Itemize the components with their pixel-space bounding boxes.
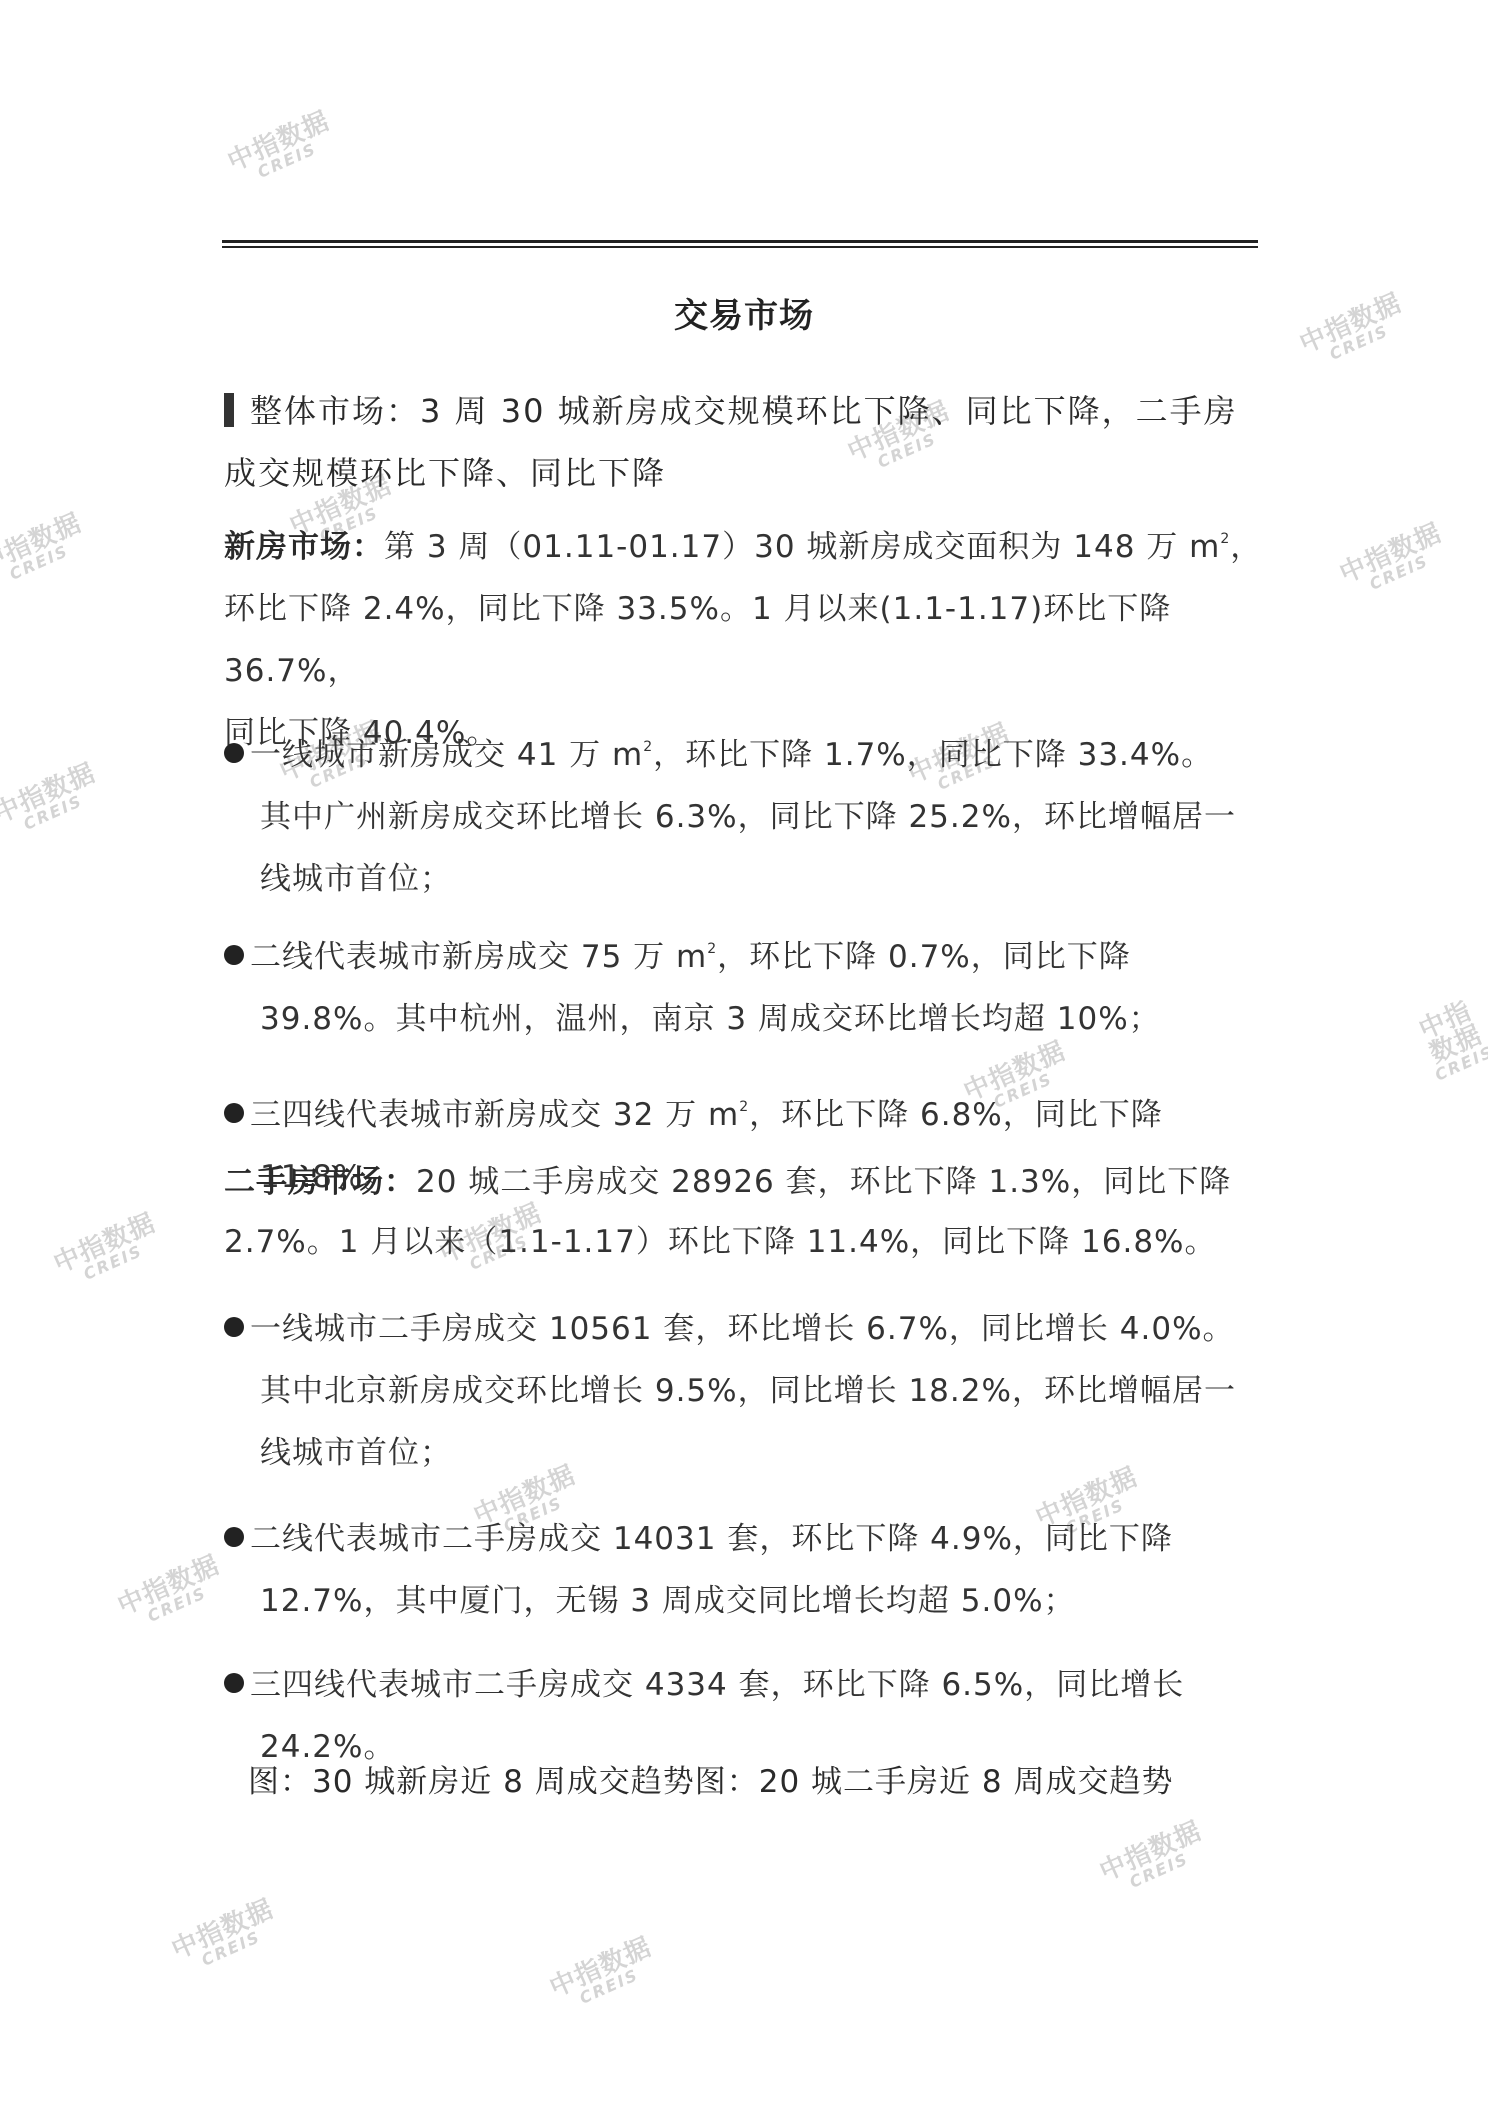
watermark-cn: 中指数据 [50,1210,159,1278]
bullet-text: 一线城市新房成交 41 万 m [250,737,643,773]
bullet-dot-icon [224,743,244,763]
second-hand-label: 二手房市场： [224,1164,416,1200]
overall-heading-line2: 成交规模环比下降、同比下降 [224,454,666,492]
watermark-en: CREIS [1107,1842,1212,1901]
watermark-en: CREIS [0,534,92,593]
header-rule-thin [222,246,1258,248]
watermark: 中指数据CREIS [0,760,106,842]
watermark-en: CREIS [1,784,106,843]
bullet-text: 一线城市二手房成交 10561 套，环比增长 6.7%，同比增长 4.0%。其中… [250,1311,1236,1471]
figure-caption: 图：30 城新房近 8 周成交趋势图：20 城二手房近 8 周成交趋势 [248,1752,1268,1812]
watermark-cn: 中指数据 [114,1552,223,1620]
watermark-en: CREIS [557,1958,662,2017]
superscript: 2 [707,941,717,957]
watermark-cn: 中指数据 [168,1896,277,1964]
bullet-text: 三四线代表城市新房成交 32 万 m [250,1097,739,1133]
watermark-cn: 中指数据 [1336,520,1445,588]
page-title: 交易市场 [0,288,1488,337]
second-hand-bullet-tier2: 二线代表城市二手房成交 14031 套，环比下降 4.9%，同比下降 12.7%… [224,1508,1264,1632]
watermark-en: CREIS [125,1576,230,1635]
watermark: 中指数据CREIS [1409,995,1488,1085]
new-house-line1-tail: ， [1230,529,1262,565]
second-hand-bullet-tier1: 一线城市二手房成交 10561 套，环比增长 6.7%，同比增长 4.0%。其中… [224,1298,1264,1484]
superscript: 2 [643,739,653,755]
watermark-cn: 中指数据 [224,108,333,176]
bullet-dot-icon [224,1673,244,1693]
watermark: 中指数据CREIS [0,510,92,592]
watermark-cn: 中指数据 [0,510,85,578]
superscript: 2 [739,1099,749,1115]
watermark-en: CREIS [1430,1043,1488,1085]
watermark: 中指数据CREIS [50,1210,166,1292]
watermark: 中指数据CREIS [168,1896,284,1978]
watermark-cn: 中指数据 [1096,1818,1205,1886]
watermark: 中指数据CREIS [1096,1818,1212,1900]
watermark: 中指数据CREIS [224,108,340,190]
watermark-cn: 中指数据 [1409,995,1488,1070]
bullet-text: 二线代表城市二手房成交 14031 套，环比下降 4.9%，同比下降 12.7%… [250,1521,1173,1619]
header-rule-thick [222,240,1258,243]
overall-heading-line1: 整体市场：3 周 30 城新房成交规模环比下降、同比下降，二手房 [250,392,1238,430]
second-hand-summary: 二手房市场：20 城二手房成交 28926 套，环比下降 1.3%，同比下降 2… [224,1152,1264,1272]
new-house-bullet-tier1: 一线城市新房成交 41 万 m2，环比下降 1.7%，同比下降 33.4%。其中… [224,724,1264,910]
bullet-dot-icon [224,1103,244,1123]
bullet-text: 二线代表城市新房成交 75 万 m [250,939,707,975]
new-house-bullet-tier2: 二线代表城市新房成交 75 万 m2，环比下降 0.7%，同比下降 39.8%。… [224,926,1264,1050]
new-house-line1: 第 3 周（01.11-01.17）30 城新房成交面积为 148 万 m [384,529,1220,565]
overall-market-heading: 整体市场：3 周 30 城新房成交规模环比下降、同比下降，二手房 成交规模环比下… [224,380,1264,504]
superscript: 2 [1220,531,1230,547]
new-house-line2: 环比下降 2.4%，同比下降 33.5%。1 月以来(1.1-1.17)环比下降… [224,591,1171,689]
watermark-en: CREIS [179,1920,284,1979]
watermark-cn: 中指数据 [546,1934,655,2002]
watermark-en: CREIS [61,1234,166,1293]
bullet-text: 三四线代表城市二手房成交 4334 套，环比下降 6.5%，同比增长 24.2%… [250,1667,1184,1765]
heading-bar-icon [224,393,234,427]
watermark-en: CREIS [235,132,340,191]
watermark-cn: 中指数据 [0,760,99,828]
watermark: 中指数据CREIS [114,1552,230,1634]
watermark-en: CREIS [1347,544,1452,603]
bullet-dot-icon [224,1317,244,1337]
watermark: 中指数据CREIS [546,1934,662,2016]
watermark: 中指数据CREIS [1336,520,1452,602]
bullet-dot-icon [224,1527,244,1547]
bullet-dot-icon [224,945,244,965]
new-house-label: 新房市场： [224,529,384,565]
